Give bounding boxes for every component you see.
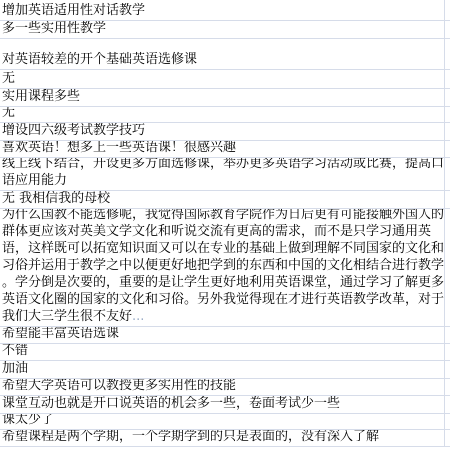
table-row[interactable]: 多一些实用性教学	[0, 21, 450, 39]
cell-text-part: 我们大三学生很不友好	[2, 309, 132, 324]
truncation-ellipsis: ...	[132, 309, 144, 324]
cell-text: 多一些实用性教学	[2, 21, 450, 37]
cell-text: 语，这样既可以拓宽知识面又可以在专业的基础上做到理解不同国家的文化和	[2, 240, 450, 257]
table-row[interactable]: 课太少了	[0, 414, 450, 430]
table-row[interactable]: 无	[0, 70, 450, 89]
cell-text: 线上线下结合，开设更多方面选修课，举办更多英语学习活动或比赛，提高口	[2, 158, 450, 172]
cell-text: 课堂互动也就是开口说英语的机会多一些，卷面考试少一些	[2, 396, 450, 412]
table-row[interactable]: 希望大学英语可以教授更多实用性的技能	[0, 379, 450, 396]
cell-text: 希望课程是两个学期，一个学期学到的只是表面的，没有深入了解	[2, 430, 450, 445]
cell-text: 习俗并运用于教学之中以便更好地把学到的东西和中国的文化相结合进行教学	[2, 257, 450, 274]
cell-text: 增设四六级考试教学技巧	[2, 123, 450, 139]
spreadsheet: 增加英语适用性对话教学多一些实用性教学对英语较差的开个基础英语选修课无实用课程多…	[0, 0, 450, 449]
table-row[interactable]: 增设四六级考试教学技巧	[0, 123, 450, 141]
table-row[interactable]: 加油	[0, 361, 450, 379]
table-row[interactable]: 实用课程多些	[0, 89, 450, 107]
cell-text: 英语文化圈的国家的文化和习俗。另外我觉得现在才进行英语教学改革，对于	[2, 291, 450, 308]
table-row[interactable]: 增加英语适用性对话教学	[0, 0, 450, 21]
table-row[interactable]: 喜欢英语！想多上一些英语课！很感兴趣	[0, 141, 450, 158]
cell-text: 。学分倒是次要的，重要的是让学生更好地利用英语课堂，通过学习了解更多	[2, 274, 450, 291]
cell-text: 增加英语适用性对话教学	[2, 2, 450, 19]
cell-text: 群体更应该对英美文学文化和听说交流有更高的需求，而不是只学习通用英	[2, 223, 450, 240]
cell-text: 无	[2, 107, 450, 121]
table-row[interactable]: 无 我相信我的母校	[0, 191, 450, 209]
cell-text: 无	[2, 70, 450, 87]
cell-text: 希望能丰富英语选课	[2, 327, 450, 342]
cell-text: 语应用能力	[2, 172, 450, 189]
table-row[interactable]: 为什么国教不能选修呢，我觉得国际教育学院作为日后更有可能接触外国人的群体更应该对…	[0, 209, 450, 327]
row-list: 增加英语适用性对话教学多一些实用性教学对英语较差的开个基础英语选修课无实用课程多…	[0, 0, 450, 447]
table-row[interactable]: 对英语较差的开个基础英语选修课	[0, 39, 450, 70]
cell-text: 不错	[2, 344, 450, 359]
cell-text: 实用课程多些	[2, 89, 450, 105]
table-row[interactable]: 希望课程是两个学期，一个学期学到的只是表面的，没有深入了解	[0, 430, 450, 447]
table-row[interactable]: 希望能丰富英语选课	[0, 327, 450, 344]
table-row[interactable]: 无	[0, 107, 450, 123]
table-row[interactable]: 不错	[0, 344, 450, 361]
cell-text: 我们大三学生很不友好...	[2, 308, 450, 325]
cell-text: 加油	[2, 361, 450, 377]
cell-text: 课太少了	[2, 414, 450, 428]
cell-text: 喜欢英语！想多上一些英语课！很感兴趣	[2, 141, 450, 156]
cell-text: 对英语较差的开个基础英语选修课	[2, 51, 450, 68]
table-row[interactable]: 课堂互动也就是开口说英语的机会多一些，卷面考试少一些	[0, 396, 450, 414]
cell-text: 希望大学英语可以教授更多实用性的技能	[2, 379, 450, 394]
table-row[interactable]: 线上线下结合，开设更多方面选修课，举办更多英语学习活动或比赛，提高口语应用能力	[0, 158, 450, 191]
cell-text: 为什么国教不能选修呢，我觉得国际教育学院作为日后更有可能接触外国人的	[2, 209, 450, 223]
cell-text: 无 我相信我的母校	[2, 191, 450, 207]
